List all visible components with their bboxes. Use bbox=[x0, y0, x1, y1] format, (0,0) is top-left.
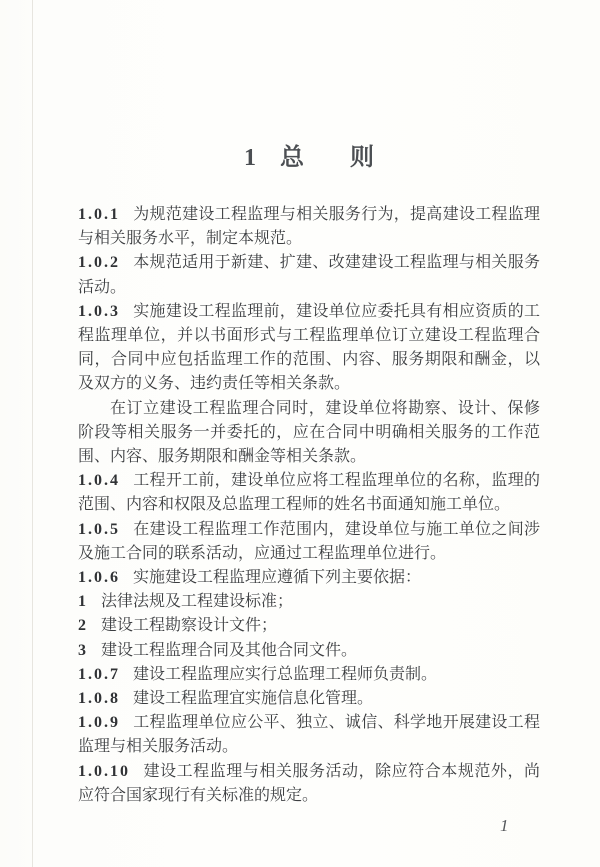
list-item-number: 1 bbox=[78, 593, 86, 610]
clause: 1.0.2本规范适用于新建、扩建、改建建设工程监理与相关服务活动。 bbox=[78, 251, 540, 299]
chapter-title-word: 总 bbox=[280, 145, 304, 171]
clause-number: 1.0.3 bbox=[78, 303, 120, 320]
list-item-number: 2 bbox=[78, 617, 86, 634]
clause-number: 1.0.2 bbox=[78, 254, 120, 271]
clause-number: 1.0.8 bbox=[78, 690, 120, 707]
inset-paragraph: 在订立建设工程监理合同时，建设单位将勘察、设计、保修阶段等相关服务一并委托的，应… bbox=[78, 397, 540, 470]
clause-text: 为规范建设工程监理与相关服务行为，提高建设工程监理与相关服务水平，制定本规范。 bbox=[78, 206, 540, 247]
clause-number: 1.0.5 bbox=[78, 521, 120, 538]
clause: 1.0.3实施建设工程监理前，建设单位应委托具有相应资质的工程监理单位，并以书面… bbox=[78, 300, 540, 397]
clause-number: 1.0.9 bbox=[78, 714, 120, 731]
clause-text: 本规范适用于新建、扩建、改建建设工程监理与相关服务活动。 bbox=[78, 254, 540, 295]
clause-number: 1.0.6 bbox=[78, 569, 120, 586]
clause-text: 建设工程监理应实行总监理工程师负责制。 bbox=[133, 666, 437, 683]
scan-crease-line bbox=[32, 0, 33, 867]
chapter-title-word: 则 bbox=[350, 145, 374, 171]
clause-number: 1.0.7 bbox=[78, 666, 120, 683]
list-item-text: 建设工程勘察设计文件； bbox=[101, 617, 277, 634]
clause-text: 工程监理单位应公平、独立、诚信、科学地开展建设工程监理与相关服务活动。 bbox=[78, 714, 540, 755]
list-item-text: 建设工程监理合同及其他合同文件。 bbox=[101, 642, 357, 659]
chapter-number: 1 bbox=[244, 145, 256, 171]
clause-text: 建设工程监理与相关服务活动，除应符合本规范外，尚应符合国家现行有关标准的规定。 bbox=[78, 763, 540, 804]
clause: 1.0.5在建设工程监理工作范围内，建设单位与施工单位之间涉及施工合同的联系活动… bbox=[78, 518, 540, 566]
clause: 1.0.1为规范建设工程监理与相关服务行为，提高建设工程监理与相关服务水平，制定… bbox=[78, 203, 540, 251]
clause-list: 1.0.1为规范建设工程监理与相关服务行为，提高建设工程监理与相关服务水平，制定… bbox=[78, 203, 540, 808]
list-item-text: 法律法规及工程建设标准； bbox=[101, 593, 293, 610]
list-item-number: 3 bbox=[78, 642, 86, 659]
clause: 1.0.7建设工程监理应实行总监理工程师负责制。 bbox=[78, 663, 540, 687]
clause-text: 在建设工程监理工作范围内，建设单位与施工单位之间涉及施工合同的联系活动，应通过工… bbox=[78, 521, 540, 562]
clause-text: 实施建设工程监理应遵循下列主要依据： bbox=[133, 569, 421, 586]
clause-number: 1.0.10 bbox=[78, 763, 130, 780]
chapter-title: 1总则 bbox=[78, 145, 540, 171]
clause-number: 1.0.4 bbox=[78, 472, 120, 489]
list-item: 3建设工程监理合同及其他合同文件。 bbox=[78, 639, 540, 663]
list-item: 1法律法规及工程建设标准； bbox=[78, 590, 540, 614]
clause-text: 建设工程监理宜实施信息化管理。 bbox=[133, 690, 373, 707]
clause: 1.0.9工程监理单位应公平、独立、诚信、科学地开展建设工程监理与相关服务活动。 bbox=[78, 711, 540, 759]
clause-text: 实施建设工程监理前，建设单位应委托具有相应资质的工程监理单位，并以书面形式与工程… bbox=[78, 303, 540, 393]
document-page: 1总则 1.0.1为规范建设工程监理与相关服务行为，提高建设工程监理与相关服务水… bbox=[0, 0, 600, 867]
clause: 1.0.4工程开工前，建设单位应将工程监理单位的名称，监理的范围、内容和权限及总… bbox=[78, 469, 540, 517]
clause: 1.0.8建设工程监理宜实施信息化管理。 bbox=[78, 687, 540, 711]
clause-number: 1.0.1 bbox=[78, 206, 120, 223]
page-number: 1 bbox=[500, 816, 509, 836]
clause: 1.0.6实施建设工程监理应遵循下列主要依据： bbox=[78, 566, 540, 590]
clause-text: 工程开工前，建设单位应将工程监理单位的名称，监理的范围、内容和权限及总监理工程师… bbox=[78, 472, 540, 513]
list-item: 2建设工程勘察设计文件； bbox=[78, 614, 540, 638]
clause: 1.0.10建设工程监理与相关服务活动，除应符合本规范外，尚应符合国家现行有关标… bbox=[78, 760, 540, 808]
